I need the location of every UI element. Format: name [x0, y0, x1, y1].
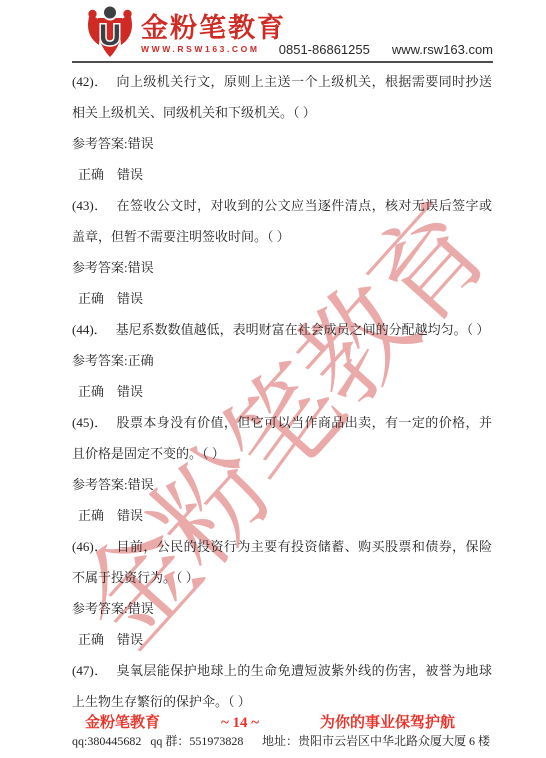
question-number: (46)． [72, 539, 108, 554]
question-text: (47)．臭氧层能保护地球上的生命免遭短波紫外线的伤害，被誉为地球上生物生存繁衍… [72, 655, 492, 717]
question-number: (43)． [72, 198, 108, 213]
question-number: (42)． [72, 74, 108, 89]
header-contact: 0851-86861255www.rsw163.com [0, 42, 493, 57]
footer-brand-row: 金粉笔教育 ~ 14 ~ 为你的事业保驾护航 [0, 713, 546, 733]
question-number: (44)． [72, 322, 107, 337]
header-divider [72, 61, 493, 63]
question-block: (46)．目前，公民的投资行为主要有投资储蓄、购买股票和债券，保险不属于投资行为… [72, 531, 492, 655]
questions: (42)．向上级机关行文，原则上主送一个上级机关，根据需要同时抄送相关上级机关、… [72, 66, 492, 717]
option-wrong: 错误 [117, 508, 143, 523]
header-phone: 0851-86861255 [279, 42, 370, 57]
page-header: U 金粉笔教育 WWW.RSW163.COM 0851-86861255www.… [0, 0, 546, 64]
option-wrong: 错误 [117, 291, 143, 306]
answer-label: 参考答案: [72, 136, 128, 151]
question-text: (44)．基尼系数数值越低，表明财富在社会成员之间的分配越均匀。（ ） [72, 314, 492, 345]
question-block: (45)．股票本身没有价值，但它可以当作商品出卖，有一定的价格，并且价格是固定不… [72, 407, 492, 531]
answer-line: 参考答案:正确 [72, 345, 492, 376]
question-text: (43)．在签收公文时，对收到的公文应当逐件清点，核对无误后签字或盖章，但暂不需… [72, 190, 492, 252]
question-block: (42)．向上级机关行文，原则上主送一个上级机关，根据需要同时抄送相关上级机关、… [72, 66, 492, 190]
question-block: (43)．在签收公文时，对收到的公文应当逐件清点，核对无误后签字或盖章，但暂不需… [72, 190, 492, 314]
option-wrong: 错误 [117, 632, 143, 647]
option-correct: 正确 [78, 167, 104, 182]
option-correct: 正确 [78, 291, 104, 306]
question-block: (44)．基尼系数数值越低，表明财富在社会成员之间的分配越均匀。（ ） 参考答案… [72, 314, 492, 407]
answer-line: 参考答案:错误 [72, 128, 492, 159]
options-line: 正确错误 [72, 283, 492, 314]
option-correct: 正确 [78, 632, 104, 647]
question-body: 臭氧层能保护地球上的生命免遭短波紫外线的伤害，被誉为地球上生物生存繁衍的保护伞。… [72, 663, 492, 709]
answer-line: 参考答案:错误 [72, 593, 492, 624]
options-line: 正确错误 [72, 376, 492, 407]
question-body: 目前，公民的投资行为主要有投资储蓄、购买股票和债券，保险不属于投资行为。（ ） [72, 539, 492, 585]
question-text: (45)．股票本身没有价值，但它可以当作商品出卖，有一定的价格，并且价格是固定不… [72, 407, 492, 469]
page-footer: 金粉笔教育 ~ 14 ~ 为你的事业保驾护航 qq:380445682 qq 群… [0, 713, 546, 750]
footer-contact-row: qq:380445682 qq 群：551973828 地址：贵阳市云岩区中华北… [0, 733, 546, 750]
document-page: U 金粉笔教育 WWW.RSW163.COM 0851-86861255www.… [0, 0, 546, 758]
question-body: 基尼系数数值越低，表明财富在社会成员之间的分配越均匀。（ ） [116, 322, 490, 337]
question-body: 向上级机关行文，原则上主送一个上级机关，根据需要同时抄送相关上级机关、同级机关和… [72, 74, 492, 120]
footer-address: 地址：贵阳市云岩区中华北路众厦大厦 6 楼 [262, 733, 490, 750]
option-wrong: 错误 [117, 167, 143, 182]
answer-label: 参考答案: [72, 477, 128, 492]
option-wrong: 错误 [117, 384, 143, 399]
question-body: 股票本身没有价值，但它可以当作商品出卖，有一定的价格，并且价格是固定不变的。（ … [72, 415, 492, 461]
answer-value: 错误 [128, 136, 154, 151]
answer-line: 参考答案:错误 [72, 252, 492, 283]
question-block: (47)．臭氧层能保护地球上的生命免遭短波紫外线的伤害，被誉为地球上生物生存繁衍… [72, 655, 492, 717]
answer-value: 错误 [128, 477, 154, 492]
answer-value: 错误 [128, 601, 154, 616]
answer-label: 参考答案: [72, 601, 128, 616]
question-number: (45)． [72, 415, 108, 430]
option-correct: 正确 [78, 384, 104, 399]
page-number: ~ 14 ~ [221, 713, 259, 733]
answer-value: 错误 [128, 260, 154, 275]
question-text: (42)．向上级机关行文，原则上主送一个上级机关，根据需要同时抄送相关上级机关、… [72, 66, 492, 128]
answer-label: 参考答案: [72, 260, 128, 275]
question-text: (46)．目前，公民的投资行为主要有投资储蓄、购买股票和债券，保险不属于投资行为… [72, 531, 492, 593]
answer-label: 参考答案: [72, 353, 128, 368]
options-line: 正确错误 [72, 500, 492, 531]
answer-value: 正确 [128, 353, 154, 368]
footer-slogan: 为你的事业保驾护航 [320, 713, 455, 733]
answer-line: 参考答案:错误 [72, 469, 492, 500]
options-line: 正确错误 [72, 159, 492, 190]
footer-qq: qq:380445682 qq 群：551973828 [72, 733, 243, 750]
question-body: 在签收公文时，对收到的公文应当逐件清点，核对无误后签字或盖章，但暂不需要注明签收… [72, 198, 492, 244]
footer-brand: 金粉笔教育 [85, 713, 160, 733]
options-line: 正确错误 [72, 624, 492, 655]
header-website: www.rsw163.com [392, 42, 493, 57]
question-number: (47)． [72, 663, 108, 678]
option-correct: 正确 [78, 508, 104, 523]
brand-name: 金粉笔教育 [141, 14, 286, 42]
